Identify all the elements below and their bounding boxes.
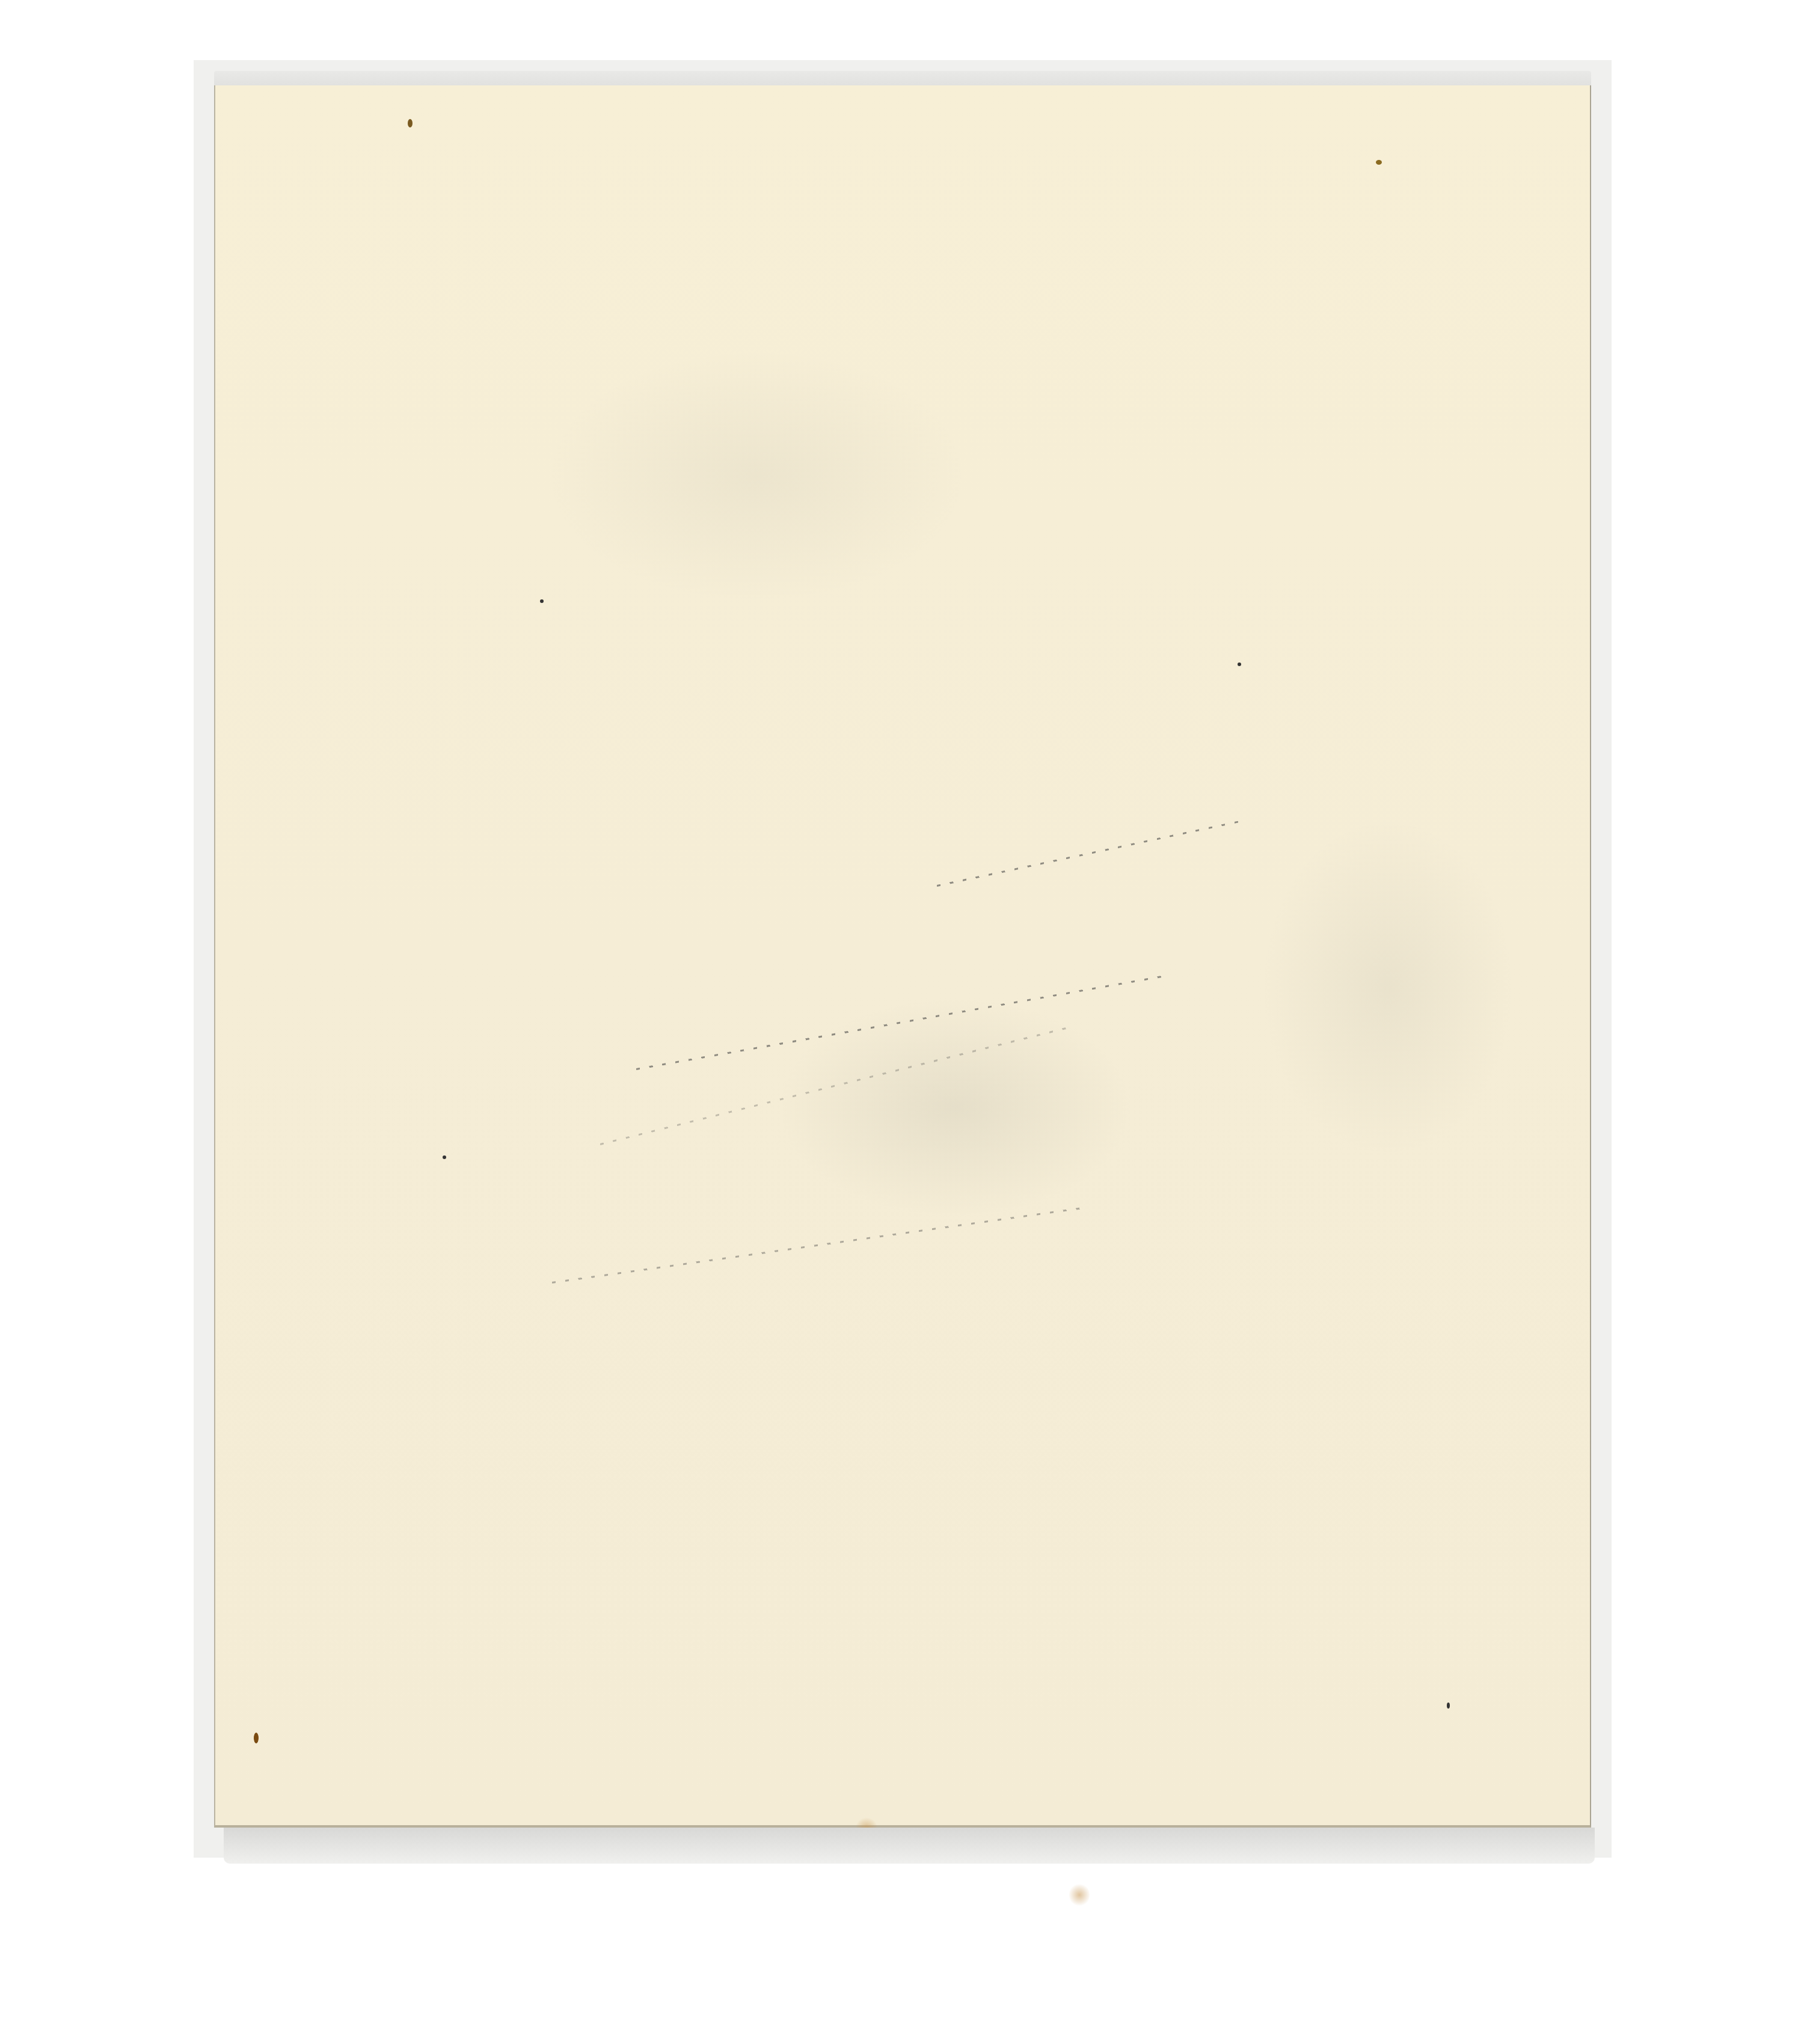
graphite-trace (636, 975, 1170, 1070)
graphite-trace (937, 820, 1243, 887)
speck (1447, 1703, 1450, 1709)
foxing-stain (1069, 1883, 1090, 1907)
speck (443, 1155, 446, 1159)
speck (1376, 160, 1382, 165)
sheet-bottom-shadow (224, 1828, 1595, 1864)
graphite-trace (552, 1207, 1088, 1284)
speck (254, 1733, 259, 1743)
paper-sheet (214, 85, 1591, 1828)
speck (540, 599, 544, 603)
speck (408, 119, 413, 127)
graphite-trace (600, 1027, 1067, 1145)
speck (1238, 662, 1241, 666)
